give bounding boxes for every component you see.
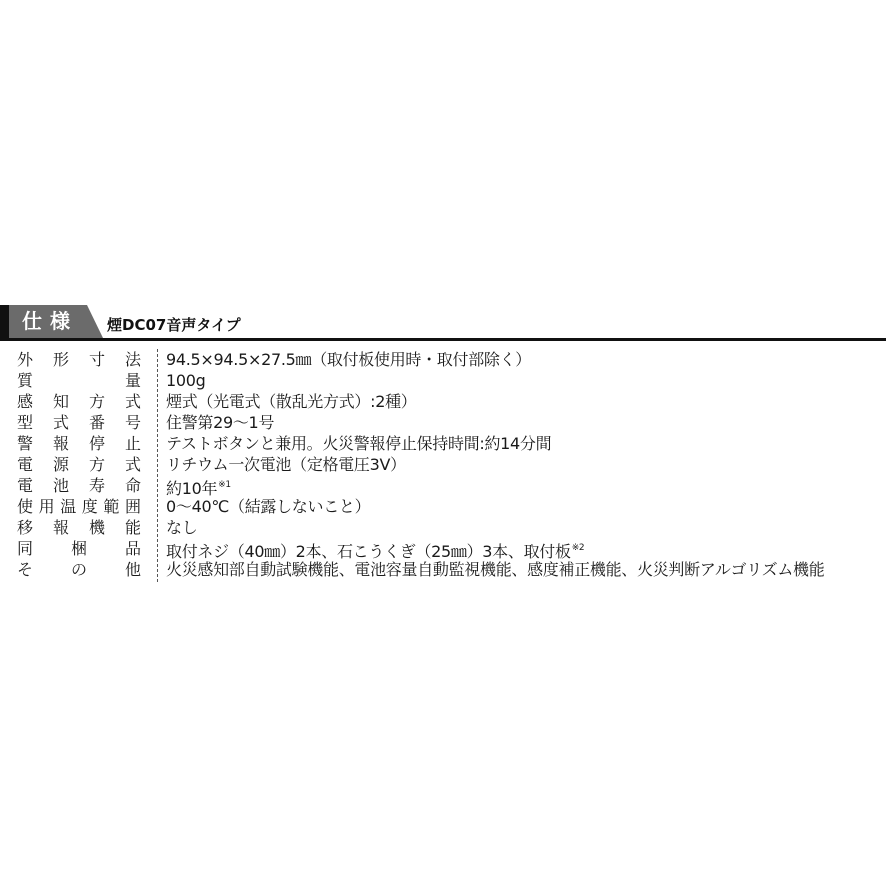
header-accent-bar [0, 305, 9, 338]
spec-row: 電池寿命約10年※1 [0, 475, 886, 496]
spec-label-char: 用 [39, 496, 55, 517]
spec-label-char: 号 [125, 412, 141, 433]
footnote-marker: ※1 [218, 480, 231, 490]
spec-label-char: 電 [17, 454, 33, 475]
spec-label: 移報機能 [17, 517, 141, 538]
spec-label-char: の [71, 559, 87, 580]
spec-value-text: テストボタンと兼用。火災警報停止保持時間:約14分間 [166, 434, 551, 453]
spec-label-char: 寸 [89, 349, 105, 370]
spec-label-char: 使 [17, 496, 33, 517]
spec-label-char [89, 370, 105, 391]
spec-value-text: 100g [166, 371, 206, 390]
spec-value: 94.5×94.5×27.5㎜（取付板使用時・取付部除く） [166, 349, 531, 370]
spec-value-text: 94.5×94.5×27.5㎜（取付板使用時・取付部除く） [166, 350, 531, 369]
spec-label-char: 能 [125, 517, 141, 538]
spec-row: 同梱品取付ネジ（40㎜）2本、石こうくぎ（25㎜）3本、取付板※2 [0, 538, 886, 559]
spec-label: 電源方式 [17, 454, 141, 475]
spec-label: 質量 [17, 370, 141, 391]
spec-value-text: リチウム一次電池（定格電圧3V） [166, 455, 406, 474]
spec-value: リチウム一次電池（定格電圧3V） [166, 454, 406, 475]
header-tab-label: 仕様 [22, 309, 78, 333]
spec-row: 感知方式煙式（光電式（散乱光方式）:2種） [0, 391, 886, 412]
spec-label-char: 式 [125, 391, 141, 412]
spec-value: テストボタンと兼用。火災警報停止保持時間:約14分間 [166, 433, 551, 454]
footnote-marker: ※2 [572, 543, 585, 553]
spec-label-char: 警 [17, 433, 33, 454]
spec-label-char: 品 [125, 538, 141, 559]
spec-label: 同梱品 [17, 538, 141, 559]
spec-label: 電池寿命 [17, 475, 141, 496]
spec-label-char: 法 [125, 349, 141, 370]
spec-label-char: 電 [17, 475, 33, 496]
product-name: 煙DC07音声タイプ [107, 315, 241, 335]
spec-label-char: 寿 [89, 475, 105, 496]
spec-value-text: 火災感知部自動試験機能、電池容量自動監視機能、感度補正機能、火災判断アルゴリズム… [166, 560, 824, 579]
spec-row: 型式番号住警第29～1号 [0, 412, 886, 433]
spec-value-text: 0～40℃（結露しないこと） [166, 497, 370, 516]
spec-row: 使用温度範囲0～40℃（結露しないこと） [0, 496, 886, 517]
spec-row: 質量100g [0, 370, 886, 391]
spec-label: 使用温度範囲 [17, 496, 141, 517]
spec-label-char: そ [17, 559, 33, 580]
spec-row: 移報機能なし [0, 517, 886, 538]
spec-row: その他火災感知部自動試験機能、電池容量自動監視機能、感度補正機能、火災判断アルゴ… [0, 559, 886, 580]
spec-label-char: 感 [17, 391, 33, 412]
spec-label-char: 機 [89, 517, 105, 538]
spec-label: 警報停止 [17, 433, 141, 454]
spec-label-char: 形 [53, 349, 69, 370]
spec-label-char: 方 [89, 454, 105, 475]
spec-label-char: 同 [17, 538, 33, 559]
spec-value: 煙式（光電式（散乱光方式）:2種） [166, 391, 416, 412]
spec-label-char: 番 [89, 412, 105, 433]
spec-label-char: 度 [82, 496, 98, 517]
spec-label: その他 [17, 559, 141, 580]
spec-label-char: 質 [17, 370, 33, 391]
spec-header: 仕様 煙DC07音声タイプ [0, 305, 886, 340]
spec-table: 外形寸法94.5×94.5×27.5㎜（取付板使用時・取付部除く）質量100g感… [0, 349, 886, 580]
spec-value: 住警第29～1号 [166, 412, 274, 433]
spec-label-char: 式 [53, 412, 69, 433]
spec-label-char: 囲 [125, 496, 141, 517]
spec-row: 電源方式リチウム一次電池（定格電圧3V） [0, 454, 886, 475]
spec-label-char: 梱 [71, 538, 87, 559]
spec-label: 外形寸法 [17, 349, 141, 370]
spec-value: 火災感知部自動試験機能、電池容量自動監視機能、感度補正機能、火災判断アルゴリズム… [166, 559, 824, 580]
spec-label-char: 移 [17, 517, 33, 538]
spec-label-char: 止 [125, 433, 141, 454]
spec-value-text: 煙式（光電式（散乱光方式）:2種） [166, 392, 416, 411]
spec-label-char: 方 [89, 391, 105, 412]
spec-label-char: 他 [125, 559, 141, 580]
spec-label-char: 報 [53, 433, 69, 454]
header-rule [0, 338, 886, 341]
spec-label-char: 温 [60, 496, 76, 517]
spec-label-char: 範 [103, 496, 119, 517]
spec-row: 外形寸法94.5×94.5×27.5㎜（取付板使用時・取付部除く） [0, 349, 886, 370]
spec-label-char: 報 [53, 517, 69, 538]
spec-value: 0～40℃（結露しないこと） [166, 496, 370, 517]
spec-label-char: 池 [53, 475, 69, 496]
spec-label-char: 量 [125, 370, 141, 391]
spec-label-char: 知 [53, 391, 69, 412]
spec-label-char: 式 [125, 454, 141, 475]
spec-label-char: 命 [125, 475, 141, 496]
spec-value: なし [166, 517, 197, 538]
spec-value: 100g [166, 370, 206, 391]
spec-row: 警報停止テストボタンと兼用。火災警報停止保持時間:約14分間 [0, 433, 886, 454]
spec-label-char: 型 [17, 412, 33, 433]
spec-value-text: 住警第29～1号 [166, 413, 274, 432]
spec-label-char: 停 [89, 433, 105, 454]
spec-value-text: なし [166, 518, 197, 537]
spec-label-char: 外 [17, 349, 33, 370]
spec-label: 感知方式 [17, 391, 141, 412]
header-tab: 仕様 [9, 305, 103, 338]
spec-label: 型式番号 [17, 412, 141, 433]
spec-label-char: 源 [53, 454, 69, 475]
spec-label-char [53, 370, 69, 391]
